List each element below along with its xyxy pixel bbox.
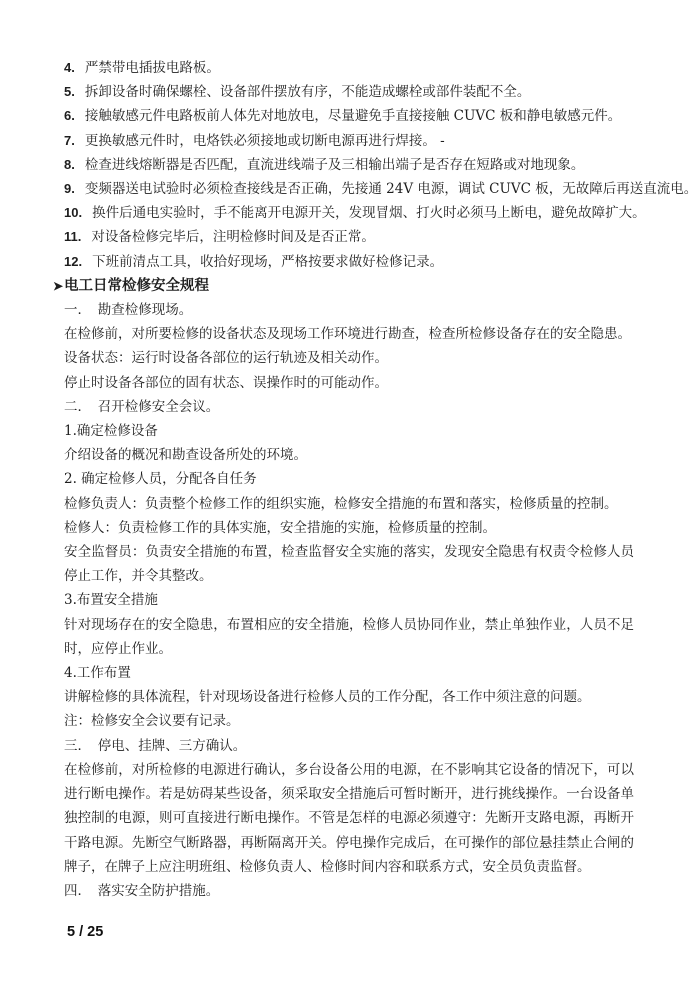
list-number: 8. [64, 153, 75, 177]
sub-item-3: 3.布置安全措施 [64, 588, 634, 612]
list-number: 9. [64, 177, 75, 201]
section-title-3: 三． 停电、挂牌、三方确认。 [64, 734, 634, 758]
list-number: 11. [64, 225, 81, 249]
sub-item-4: 4.工作布置 [64, 661, 634, 685]
list-text: 检查进线熔断器是否匹配，直流进线端子及三相输出端子是否存在短路或对地现象。 [85, 157, 585, 173]
sub-item-2: 2. 确定检修人员，分配各自任务 [64, 467, 634, 491]
note-line: 注：检修安全会议要有记录。 [64, 709, 634, 733]
arrowhead-bullet-icon: ➤ [53, 279, 63, 293]
section-title-2: 二． 召开检修安全会议。 [64, 395, 634, 419]
list-text: 换件后通电实验时，手不能离开电源开关，发现冒烟、打火时必须马上断电，避免故障扩大… [92, 205, 646, 221]
list-item-8: 8.检查进线熔断器是否匹配，直流进线端子及三相输出端子是否存在短路或对地现象。 [64, 153, 634, 177]
list-text: 对设备检修完毕后，注明检修时间及是否正常。 [91, 229, 375, 245]
list-item-6: 6.接触敏感元件电路板前人体先对地放电，尽量避免手直接接触 CUVC 板和静电敏… [64, 104, 634, 128]
list-number: 12. [64, 250, 82, 274]
paragraph: 在检修前，对所要检修的设备状态及现场工作环境进行勘查，检查所检修设备存在的安全隐… [64, 322, 634, 346]
list-number: 7. [64, 129, 75, 153]
paragraph: 介绍设备的概况和勘查设备所处的环境。 [64, 443, 634, 467]
paragraph: 针对现场存在的安全隐患，布置相应的安全措施，检修人员协同作业，禁止单独作业，人员… [64, 613, 634, 661]
list-text: 变频器送电试验时必须检查接线是否正确，先接通 24V 电源，调试 CUVC 板，… [85, 181, 697, 197]
paragraph: 设备状态：运行时设备各部位的运行轨迹及相关动作。 [64, 346, 634, 370]
list-item-4: 4.严禁带电插拔电路板。 [64, 56, 634, 80]
section-heading: ➤电工日常检修安全规程 [53, 274, 634, 298]
document-page: 4.严禁带电插拔电路板。 5.拆卸设备时确保螺栓、设备部件摆放有序，不能造成螺栓… [0, 0, 700, 990]
section-title-4: 四． 落实安全防护措施。 [64, 879, 634, 903]
paragraph: 在检修前，对所检修的电源进行确认，多台设备公用的电源，在不影响其它设备的情况下，… [64, 758, 634, 879]
list-number: 4. [64, 56, 75, 80]
paragraph: 讲解检修的具体流程，针对现场设备进行检修人员的工作分配，各工作中须注意的问题。 [64, 685, 634, 709]
sub-item-1: 1.确定检修设备 [64, 419, 634, 443]
document-content: 4.严禁带电插拔电路板。 5.拆卸设备时确保螺栓、设备部件摆放有序，不能造成螺栓… [64, 56, 634, 903]
list-text: 下班前清点工具，收拾好现场，严格按要求做好检修记录。 [92, 254, 443, 270]
paragraph: 检修负责人：负责整个检修工作的组织实施，检修安全措施的布置和落实，检修质量的控制… [64, 492, 634, 516]
list-item-7: 7.更换敏感元件时，电烙铁必须接地或切断电源再进行焊接。 - [64, 129, 634, 153]
list-item-12: 12.下班前清点工具，收拾好现场，严格按要求做好检修记录。 [64, 250, 634, 274]
list-number: 6. [64, 104, 75, 128]
list-text: 接触敏感元件电路板前人体先对地放电，尽量避免手直接接触 CUVC 板和静电敏感元… [85, 108, 621, 124]
list-item-5: 5.拆卸设备时确保螺栓、设备部件摆放有序，不能造成螺栓或部件装配不全。 [64, 80, 634, 104]
list-text: 拆卸设备时确保螺栓、设备部件摆放有序，不能造成螺栓或部件装配不全。 [85, 84, 531, 100]
page-number: 5 / 25 [67, 924, 103, 940]
list-text: 更换敏感元件时，电烙铁必须接地或切断电源再进行焊接。 - [85, 133, 445, 149]
list-item-11: 11.对设备检修完毕后，注明检修时间及是否正常。 [64, 225, 634, 249]
section-heading-text: 电工日常检修安全规程 [64, 278, 209, 294]
paragraph: 安全监督员：负责安全措施的布置，检查监督安全实施的落实，发现安全隐患有权责令检修… [64, 540, 634, 588]
section-title-1: 一． 勘查检修现场。 [64, 298, 634, 322]
list-text: 严禁带电插拔电路板。 [85, 60, 220, 76]
paragraph: 检修人：负责检修工作的具体实施，安全措施的实施，检修质量的控制。 [64, 516, 634, 540]
list-number: 10. [64, 201, 82, 225]
list-number: 5. [64, 80, 75, 104]
list-item-10: 10.换件后通电实验时，手不能离开电源开关，发现冒烟、打火时必须马上断电，避免故… [64, 201, 634, 225]
paragraph: 停止时设备各部位的固有状态、误操作时的可能动作。 [64, 371, 634, 395]
list-item-9: 9.变频器送电试验时必须检查接线是否正确，先接通 24V 电源，调试 CUVC … [64, 177, 634, 201]
